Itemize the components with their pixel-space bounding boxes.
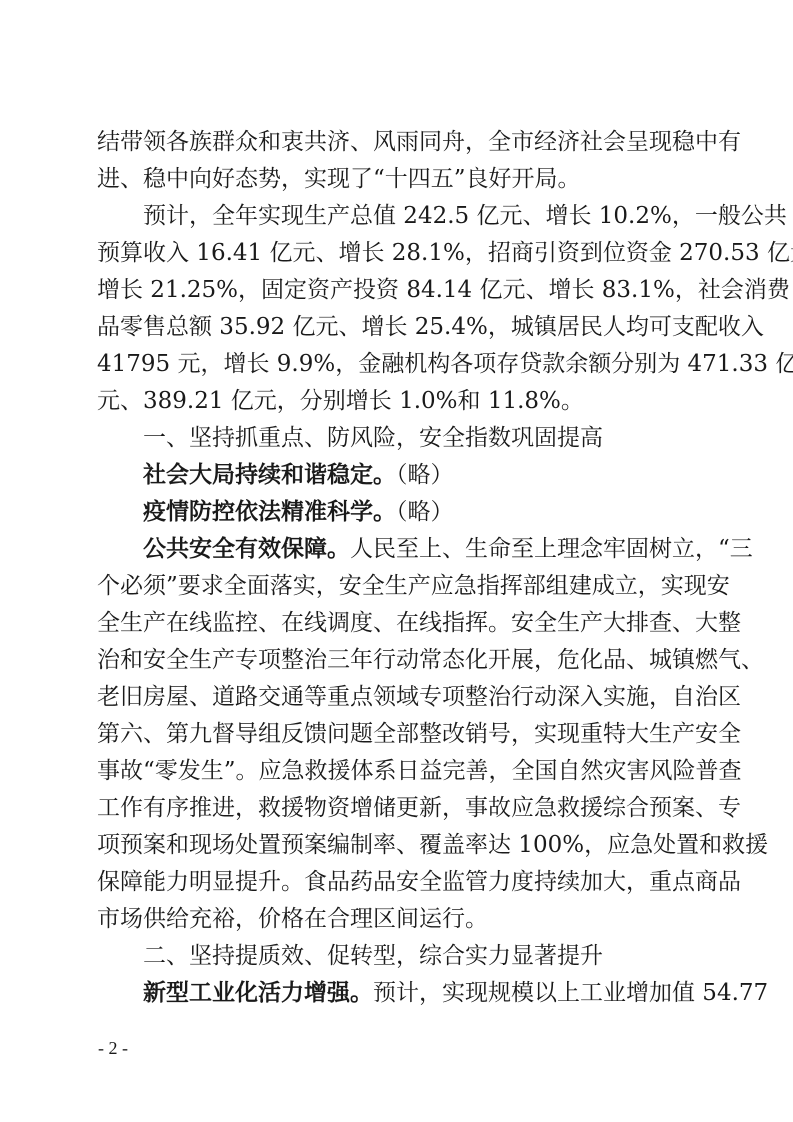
text-line: 41795 元，增长 9.9%，金融机构各项存贷款余额分别为 471.33 亿	[97, 346, 697, 383]
subhead-epidemic-control: 疫情防控依法精准科学。（略）	[97, 494, 697, 531]
text-line: 治和安全生产专项整治三年行动常态化开展，危化品、城镇燃气、	[97, 642, 697, 679]
text-line: 进、稳中向好态势，实现了“十四五”良好开局。	[97, 161, 697, 198]
subhead-title: 公共安全有效保障。	[143, 536, 350, 562]
text-line: 个必须”要求全面落实，安全生产应急指挥部组建成立，实现安	[97, 568, 697, 605]
paragraph-text: 人民至上、生命至上理念牢固树立，“三	[350, 536, 753, 562]
text-line: 第六、第九督导组反馈问题全部整改销号，实现重特大生产安全	[97, 716, 697, 753]
text-line: 项预案和现场处置预案编制率、覆盖率达 100%，应急处置和救援	[97, 827, 697, 864]
text-line: 结带领各族群众和衷共济、风雨同舟，全市经济社会呈现稳中有	[97, 124, 697, 161]
document-page: 结带领各族群众和衷共济、风雨同舟，全市经济社会呈现稳中有 进、稳中向好态势，实现…	[97, 124, 697, 1012]
page-number: - 2 -	[98, 1038, 128, 1059]
section-heading-2: 二、坚持提质效、促转型，综合实力显著提升	[97, 938, 697, 975]
subhead-title: 疫情防控依法精准科学。	[143, 499, 396, 525]
section-heading-1: 一、坚持抓重点、防风险，安全指数巩固提高	[97, 420, 697, 457]
text-line: 保障能力明显提升。食品药品安全监管力度持续加大，重点商品	[97, 864, 697, 901]
subhead-title: 新型工业化活力增强。	[143, 980, 373, 1006]
text-line: 工作有序推进，救援物资增储更新，事故应急救援综合预案、专	[97, 790, 697, 827]
paragraph-public-safety-lead: 公共安全有效保障。人民至上、生命至上理念牢固树立，“三	[97, 531, 697, 568]
text-line: 事故“零发生”。应急救援体系日益完善，全国自然灾害风险普查	[97, 753, 697, 790]
text-line: 全生产在线监控、在线调度、在线指挥。安全生产大排查、大整	[97, 605, 697, 642]
text-line: 增长 21.25%，固定资产投资 84.14 亿元、增长 83.1%，社会消费	[97, 272, 697, 309]
subhead-social-stability: 社会大局持续和谐稳定。（略）	[97, 457, 697, 494]
paragraph-industrialization-lead: 新型工业化活力增强。预计，实现规模以上工业增加值 54.77	[97, 975, 697, 1012]
text-line: 预计，全年实现生产总值 242.5 亿元、增长 10.2%，一般公共	[97, 198, 697, 235]
text-line: 品零售总额 35.92 亿元、增长 25.4%，城镇居民人均可支配收入	[97, 309, 697, 346]
text-line: 市场供给充裕，价格在合理区间运行。	[97, 901, 697, 938]
omitted-note: （略）	[396, 499, 454, 525]
text-line: 预算收入 16.41 亿元、增长 28.1%，招商引资到位资金 270.53 亿…	[97, 235, 697, 272]
text-line: 元、389.21 亿元，分别增长 1.0%和 11.8%。	[97, 383, 697, 420]
text-line: 老旧房屋、道路交通等重点领域专项整治行动深入实施，自治区	[97, 679, 697, 716]
subhead-title: 社会大局持续和谐稳定。	[143, 462, 396, 488]
paragraph-text: 预计，实现规模以上工业增加值 54.77	[373, 980, 768, 1006]
omitted-note: （略）	[396, 462, 454, 488]
